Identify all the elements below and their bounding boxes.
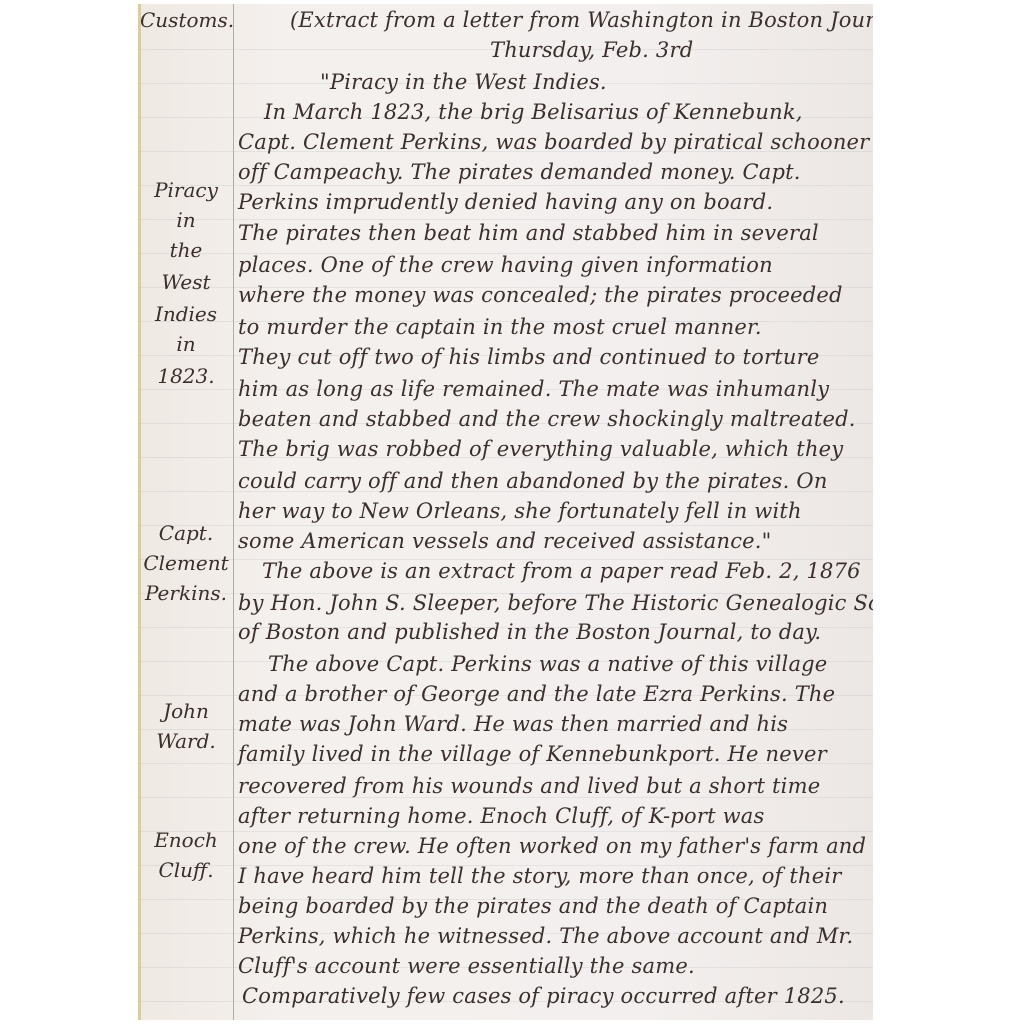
margin-note: Piracy [140,178,232,202]
margin-note: Cluff. [140,858,232,882]
text-line: beaten and stabbed and the crew shocking… [238,407,856,431]
margin-note: John [140,699,232,723]
margin-note: Ward. [140,729,232,753]
text-line: of Boston and published in the Boston Jo… [238,620,821,644]
text-line: to murder the captain in the most cruel … [238,315,762,339]
text-line: him as long as life remained. The mate w… [238,377,829,401]
text-line: recovered from his wounds and lived but … [238,774,820,798]
margin-note: the [140,238,232,262]
text-line: The above Capt. Perkins was a native of … [268,652,827,676]
margin-note: Capt. [140,521,232,545]
margin-note: Perkins. [140,581,232,605]
text-line: In March 1823, the brig Belisarius of Ke… [264,100,803,124]
text-line: The brig was robbed of everything valuab… [238,437,843,461]
text-line: Comparatively few cases of piracy occurr… [242,984,845,1008]
text-line: Thursday, Feb. 3rd [490,38,693,62]
text-line: could carry off and then abandoned by th… [238,469,828,493]
text-line: where the money was concealed; the pirat… [238,283,843,307]
text-line: off Campeachy. The pirates demanded mone… [238,160,801,184]
margin-note: Customs. [140,8,232,32]
text-line: Capt. Clement Perkins, was boarded by pi… [238,130,869,154]
text-line: Cluff's account were essentially the sam… [238,954,695,978]
text-line: "Piracy in the West Indies. [320,70,607,94]
ledger-page: Customs.PiracyintheWestIndiesin1823.Capt… [138,4,873,1020]
text-line: places. One of the crew having given inf… [238,253,773,277]
margin-rule [233,4,234,1020]
text-line: one of the crew. He often worked on my f… [238,834,866,858]
margin-note: West [140,270,232,294]
text-line: I have heard him tell the story, more th… [238,864,842,888]
text-line: The pirates then beat him and stabbed hi… [238,221,819,245]
text-line: Perkins, which he witnessed. The above a… [238,924,853,948]
text-line: mate was John Ward. He was then married … [238,712,788,736]
text-line: Perkins imprudently denied having any on… [238,190,773,214]
text-line: after returning home. Enoch Cluff, of K-… [238,804,764,828]
margin-note: in [140,332,232,356]
margin-note: Indies [140,302,232,326]
margin-note: in [140,208,232,232]
text-line: family lived in the village of Kennebunk… [238,742,827,766]
text-line: her way to New Orleans, she fortunately … [238,499,802,523]
text-line: The above is an extract from a paper rea… [262,559,861,583]
margin-note: Enoch [140,828,232,852]
text-line: They cut off two of his limbs and contin… [238,345,819,369]
text-line: and a brother of George and the late Ezr… [238,682,835,706]
margin-note: Clement [140,551,232,575]
margin-note: 1823. [140,364,232,388]
text-line: some American vessels and received assis… [238,529,772,553]
text-line: by Hon. John S. Sleeper, before The Hist… [238,591,873,615]
text-line: (Extract from a letter from Washington i… [290,8,873,32]
text-line: being boarded by the pirates and the dea… [238,894,828,918]
